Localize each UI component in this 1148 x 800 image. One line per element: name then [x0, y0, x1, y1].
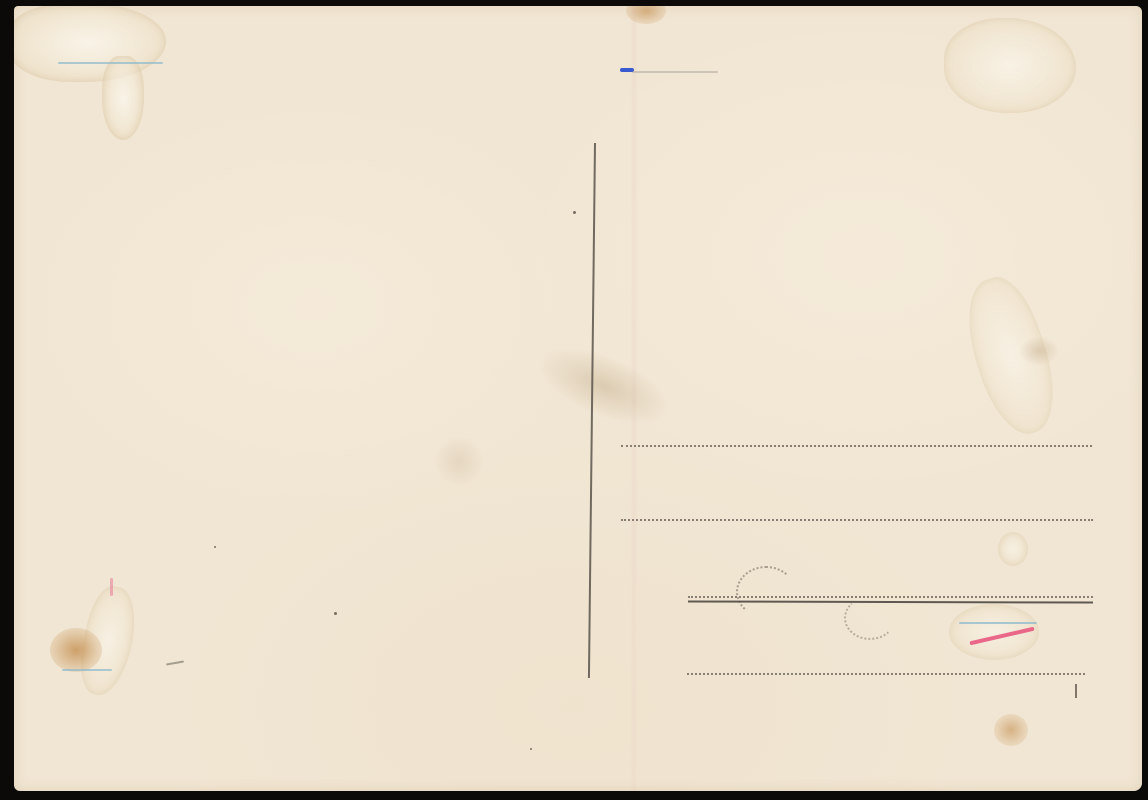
blue-pencil-stroke-top-left — [58, 62, 163, 64]
glue-residue-top-left — [14, 6, 166, 82]
smudge-center-left — [434, 436, 484, 486]
address-line-3-dotted — [688, 596, 1093, 598]
speck — [573, 211, 576, 214]
rust-stain-bottom-right — [994, 714, 1028, 746]
speck — [530, 748, 532, 750]
postcard-back — [14, 6, 1142, 791]
glue-residue-top-left-drip — [102, 56, 144, 140]
speck — [214, 546, 216, 548]
address-line-1 — [621, 445, 1092, 447]
blue-pencil-stroke-bottom-left — [62, 669, 112, 671]
blue-pencil-stroke-address — [959, 622, 1037, 624]
glue-residue-small-right — [998, 532, 1028, 566]
speck — [334, 612, 337, 615]
address-line-2 — [621, 519, 1093, 521]
rust-stain-bottom-left — [50, 628, 102, 672]
glue-residue-top-right — [944, 18, 1076, 113]
pencil-arc-mark — [736, 566, 796, 618]
pencil-dash-bottom-left — [166, 660, 184, 665]
pink-pencil-stroke-bottom-left — [110, 578, 113, 596]
pencil-tick-mark — [1075, 684, 1077, 698]
address-line-4 — [687, 673, 1085, 675]
stain-right-middle — [1019, 336, 1059, 366]
smudge-center — [528, 332, 680, 440]
faint-stroke-top-center — [632, 71, 718, 73]
scan-background — [0, 0, 1148, 800]
